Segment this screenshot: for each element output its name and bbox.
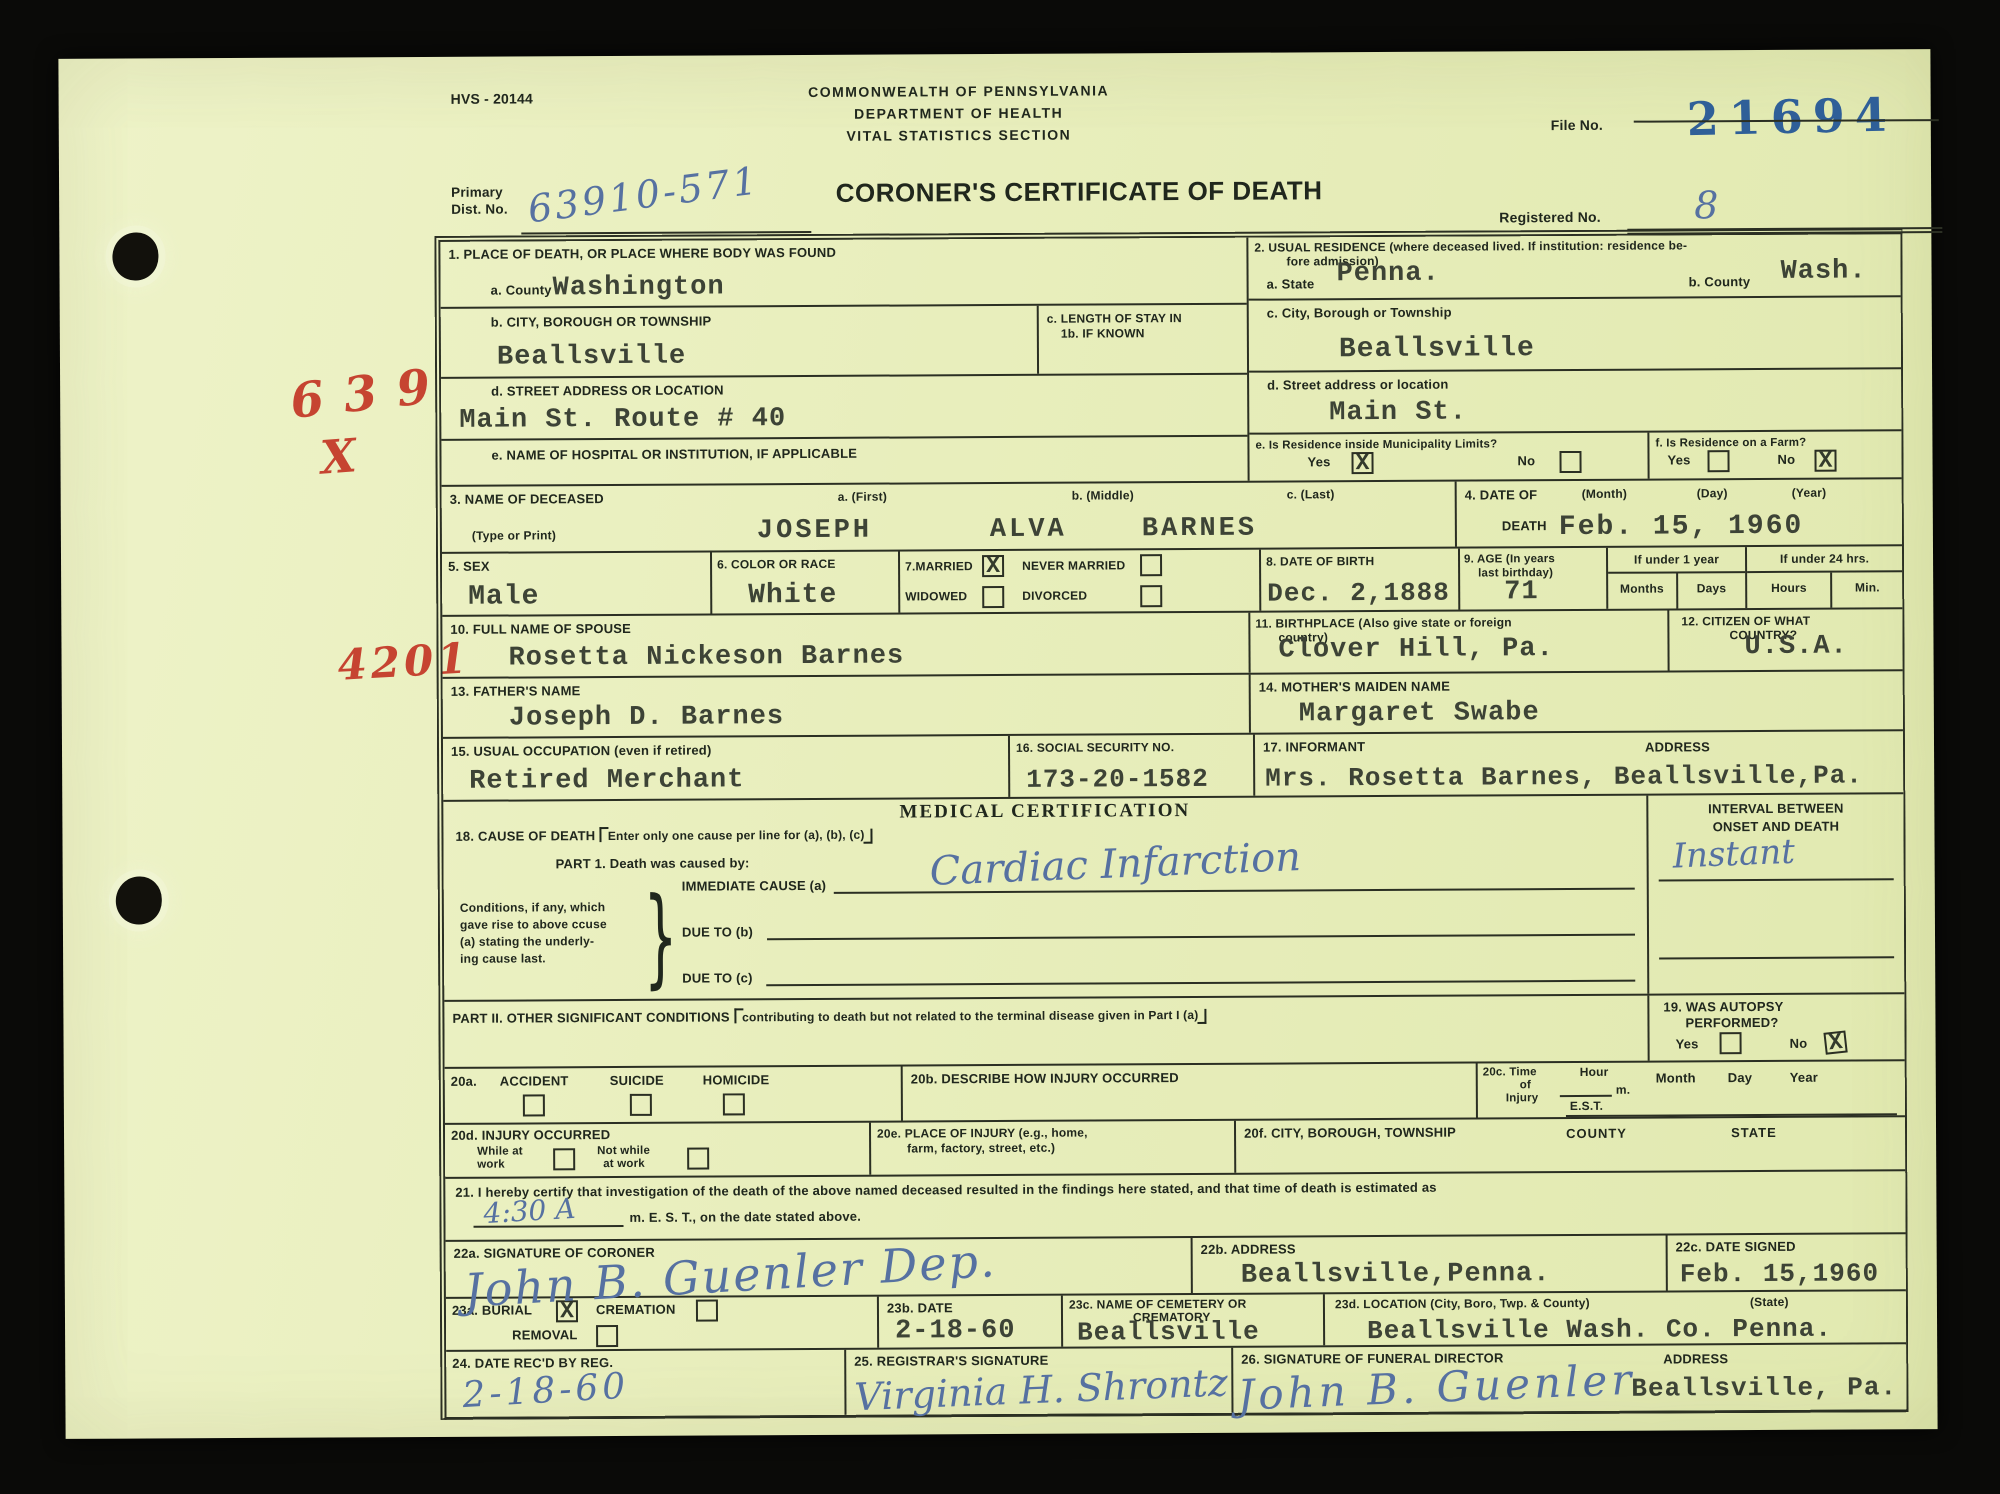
certificate-form: 1. PLACE OF DEATH, OR PLACE WHERE BODY W… xyxy=(434,228,1908,1420)
residence-city-label: c. City, Borough or Township xyxy=(1267,305,1452,322)
divorced-label: DIVORCED xyxy=(1022,589,1087,604)
sex-value: Male xyxy=(468,583,539,611)
immediate-cause-line: Cardiac Infarction xyxy=(834,872,1635,894)
birthplace-label-1: 11. BIRTHPLACE (Also give state or forei… xyxy=(1255,615,1512,631)
informant-address-label: ADDRESS xyxy=(1645,739,1710,756)
row-medical-certification: MEDICAL CERTIFICATION 18. CAUSE OF DEATH… xyxy=(443,794,1904,1002)
hours-col: Hours xyxy=(1747,573,1833,608)
cause-label: 18. CAUSE OF DEATH xyxy=(455,828,595,844)
first-name-value: JOSEPH xyxy=(757,518,872,546)
20d-label: 20d. INJURY OCCURRED xyxy=(451,1127,610,1144)
coroner-address-label: 22b. ADDRESS xyxy=(1201,1241,1296,1258)
injury-state-label: STATE xyxy=(1731,1125,1777,1141)
row-place-residence: 1. PLACE OF DEATH, OR PLACE WHERE BODY W… xyxy=(440,234,1901,487)
due-to-c-label: DUE TO (c) xyxy=(682,970,752,987)
row-coroner: 22a. SIGNATURE OF CORONER John B. Guenle… xyxy=(446,1234,1906,1299)
never-married-label: NEVER MARRIED xyxy=(1022,558,1125,574)
city-of-death: b. CITY, BOROUGH OR TOWNSHIP Beallsville xyxy=(441,306,1037,377)
field-how-injury-occurred: 20b. DESCRIBE HOW INJURY OCCURRED xyxy=(903,1063,1478,1120)
field-accident-suicide-homicide: 20a. ACCIDENT SUICIDE HOMICIDE xyxy=(445,1067,903,1123)
farm-no-label: No xyxy=(1777,452,1795,468)
age-label-1: 9. AGE (In years xyxy=(1464,552,1555,567)
field-part2: PART II. OTHER SIGNIFICANT CONDITIONS co… xyxy=(444,996,1649,1067)
dod-day-label: (Day) xyxy=(1697,486,1728,501)
under-1-year-cols: Months Days xyxy=(1608,573,1745,609)
city-value: Beallsville xyxy=(497,344,686,372)
field-mother: 14. MOTHER'S MAIDEN NAME Margaret Swabe xyxy=(1251,671,1903,732)
field-under-24-hrs: If under 24 hrs. Hours Min. xyxy=(1747,546,1902,608)
stay-label-1: c. LENGTH OF STAY IN xyxy=(1047,311,1182,327)
field-funeral-director: 26. SIGNATURE OF FUNERAL DIRECTOR ADDRES… xyxy=(1233,1344,1906,1413)
dod-title-1: 4. DATE OF xyxy=(1465,487,1538,504)
married-label: 7.MARRIED xyxy=(905,559,973,574)
20b-label: 20b. DESCRIBE HOW INJURY OCCURRED xyxy=(911,1070,1179,1088)
due-to-b-row: DUE TO (b) xyxy=(682,918,1635,941)
field-registrar-signature: 25. REGISTRAR'S SIGNATURE Virginia H. Sh… xyxy=(846,1348,1233,1415)
checkbox-not-while-at-work xyxy=(687,1148,709,1170)
place-of-death-title: 1. PLACE OF DEATH, OR PLACE WHERE BODY W… xyxy=(448,245,836,263)
min-label: Min. xyxy=(1855,580,1880,594)
interval-value: Instant xyxy=(1672,835,1796,874)
row-spouse-birthplace: 10. FULL NAME OF SPOUSE Rosetta Nickeson… xyxy=(442,609,1902,679)
residence-street-label: d. Street address or location xyxy=(1267,377,1448,394)
checkbox-while-at-work xyxy=(553,1148,575,1170)
county-label: a. County xyxy=(491,282,552,299)
cemetery-value: Beallsville xyxy=(1077,1319,1260,1346)
field-informant: 17. INFORMANT ADDRESS Mrs. Rosetta Barne… xyxy=(1255,731,1903,795)
citizen-value: U.S.A. xyxy=(1744,634,1847,662)
conditions-line-2: gave rise to above ccuse xyxy=(460,916,607,934)
dist-no-label: Dist. No. xyxy=(451,201,508,218)
field-citizen: 12. CITIZEN OF WHAT COUNTRY? U.S.A. xyxy=(1669,609,1902,670)
field-street-of-death: d. STREET ADDRESS OR LOCATION Main St. R… xyxy=(441,375,1247,441)
age-value: 71 xyxy=(1504,579,1539,606)
residence-city-value: Beallsville xyxy=(1339,335,1535,364)
checkbox-municipality-yes: X xyxy=(1351,452,1373,474)
field-injury-occurred: 20d. INJURY OCCURRED While at work Not w… xyxy=(445,1123,871,1177)
field-sex: 5. SEX Male xyxy=(442,552,712,614)
checkbox-divorced xyxy=(1140,585,1162,607)
cause-of-death-heading: 18. CAUSE OF DEATH Enter only one cause … xyxy=(455,826,872,847)
checkbox-suicide xyxy=(630,1094,652,1116)
form-code: HVS - 20144 xyxy=(451,90,533,108)
conditions-note: Conditions, if any, which gave rise to a… xyxy=(460,899,607,968)
field-disposition-date: 23b. DATE 2-18-60 xyxy=(879,1296,1063,1348)
field-place-of-injury: 20e. PLACE OF INJURY (e.g., home, farm, … xyxy=(871,1121,1236,1175)
time-of-death-value: 4:30 A xyxy=(483,1194,576,1227)
punch-hole-top xyxy=(112,232,158,280)
autopsy-label-1: 19. WAS AUTOPSY xyxy=(1663,999,1783,1016)
under-1-year-header: If under 1 year xyxy=(1608,547,1745,574)
day-label: Day xyxy=(1728,1070,1753,1086)
field-spouse: 10. FULL NAME OF SPOUSE Rosetta Nickeson… xyxy=(442,613,1250,677)
interval-line-2 xyxy=(1659,956,1894,959)
middle-name-label: b. (Middle) xyxy=(1072,488,1134,503)
farm-yes-label: Yes xyxy=(1667,452,1690,468)
checkbox-autopsy-no: X xyxy=(1823,1030,1847,1054)
medical-cert-title: MEDICAL CERTIFICATION xyxy=(443,798,1646,826)
municipality-limits: e. Is Residence inside Municipality Limi… xyxy=(1249,433,1649,481)
year-label: Year xyxy=(1790,1070,1818,1086)
months-label: Months xyxy=(1620,582,1664,596)
last-name-value: BARNES xyxy=(1142,516,1257,544)
registrar-sig-label: 25. REGISTRAR'S SIGNATURE xyxy=(854,1353,1048,1370)
field-age: 9. AGE (In years last birthday) 71 xyxy=(1460,548,1608,610)
mother-label: 14. MOTHER'S MAIDEN NAME xyxy=(1259,679,1450,696)
section-place-of-death: 1. PLACE OF DEATH, OR PLACE WHERE BODY W… xyxy=(440,238,1249,485)
funeral-director-address-label: ADDRESS xyxy=(1663,1351,1728,1368)
field-occupation: 15. USUAL OCCUPATION (even if retired) R… xyxy=(443,736,1010,800)
conditions-line-3: (a) stating the underly- xyxy=(460,933,607,951)
cause-note: Enter only one cause per line for (a), (… xyxy=(600,826,873,846)
stay-label-2: 1b. IF KNOWN xyxy=(1061,326,1145,341)
checkbox-farm-no: X xyxy=(1814,450,1836,472)
field-injury-city: 20f. CITY, BOROUGH, TOWNSHIP COUNTY STAT… xyxy=(1236,1117,1905,1173)
notwhile-label-2: at work xyxy=(603,1157,645,1172)
certificate-paper: 639 X 4201 HVS - 20144 COMMONWEALTH OF P… xyxy=(58,49,1937,1439)
autopsy-yes-label: Yes xyxy=(1676,1036,1699,1052)
file-no-label: File No. xyxy=(1551,117,1603,135)
removal-label: REMOVAL xyxy=(512,1327,578,1344)
field-date-of-birth: 8. DATE OF BIRTH Dec. 2,1888 xyxy=(1261,549,1460,611)
street-value: Main St. Route # 40 xyxy=(459,406,786,435)
dod-year-label: (Year) xyxy=(1792,486,1827,501)
primary-label: Primary xyxy=(451,185,508,202)
race-label: 6. COLOR OR RACE xyxy=(717,557,836,573)
field-cemetery-location: 23d. LOCATION (City, Boro, Twp. & County… xyxy=(1325,1291,1906,1345)
checkbox-removal xyxy=(596,1325,618,1347)
immediate-cause-label: IMMEDIATE CAUSE (a) xyxy=(682,878,826,895)
farm-label: f. Is Residence on a Farm? xyxy=(1655,436,1806,451)
disposition-date-value: 2-18-60 xyxy=(895,1318,1016,1346)
part2-note: contributing to death but not related to… xyxy=(734,1006,1206,1027)
20f-label: 20f. CITY, BOROUGH, TOWNSHIP xyxy=(1244,1125,1456,1142)
municipality-yes-label: Yes xyxy=(1307,454,1330,470)
date-signed-label: 22c. DATE SIGNED xyxy=(1676,1239,1796,1256)
primary-dist-no: Primary Dist. No. 63910-571 xyxy=(451,185,508,219)
row-sex-race-age: 5. SEX Male 6. COLOR OR RACE White 7.MAR… xyxy=(442,546,1902,617)
residence-county-label: b. County xyxy=(1689,274,1751,291)
field-certify: 21. I hereby certify that investigation … xyxy=(445,1171,1905,1240)
hour-label: Hour xyxy=(1580,1065,1609,1080)
funeral-director-address-value: Beallsville, Pa. xyxy=(1631,1374,1897,1401)
medical-cert-main: MEDICAL CERTIFICATION 18. CAUSE OF DEATH… xyxy=(443,796,1649,1000)
funeral-director-signature: John B. Guenler xyxy=(1237,1359,1636,1417)
days-col: Days xyxy=(1678,573,1746,608)
residence-county-value: Wash. xyxy=(1780,258,1866,285)
residence-farm: f. Is Residence on a Farm? Yes No X xyxy=(1649,431,1901,478)
checkbox-autopsy-yes xyxy=(1720,1032,1742,1054)
est-label: E.S.T. xyxy=(1570,1099,1603,1114)
field-hospital: e. NAME OF HOSPITAL OR INSTITUTION, IF A… xyxy=(441,437,1247,485)
field-autopsy: 19. WAS AUTOPSY PERFORMED? Yes No X xyxy=(1649,994,1904,1060)
dob-value: Dec. 2,1888 xyxy=(1267,580,1450,607)
hospital-label: e. NAME OF HOSPITAL OR INSTITUTION, IF A… xyxy=(491,446,857,464)
row-name-dod: 3. NAME OF DECEASED a. (First) b. (Middl… xyxy=(442,479,1902,554)
20a-num: 20a. xyxy=(451,1074,477,1090)
checkbox-never-married xyxy=(1140,554,1162,576)
20e-label-2: farm, factory, street, etc.) xyxy=(907,1141,1055,1157)
field-coroner-signature: 22a. SIGNATURE OF CORONER John B. Guenle… xyxy=(446,1238,1193,1297)
under-24-cols: Hours Min. xyxy=(1747,572,1902,608)
residence-title-1: 2. USUAL RESIDENCE (where deceased lived… xyxy=(1254,238,1687,255)
field-residence-street: d. Street address or location Main St. xyxy=(1249,369,1901,434)
row-occupation-informant: 15. USUAL OCCUPATION (even if retired) R… xyxy=(443,731,1903,802)
dod-title-2: DEATH xyxy=(1502,518,1547,534)
certify-text-1: 21. I hereby certify that investigation … xyxy=(455,1177,1895,1201)
field-marital-status: 7.MARRIED X NEVER MARRIED WIDOWED DIVORC… xyxy=(900,550,1261,613)
certify-line-2: 4:30 A m. E. S. T., on the date stated a… xyxy=(455,1204,1895,1228)
type-or-print-label: (Type or Print) xyxy=(472,528,556,543)
interval-column: INTERVAL BETWEEN ONSET AND DEATH Instant xyxy=(1648,794,1904,993)
row-registrar: 24. DATE REC'D BY REG. 2-18-60 25. REGIS… xyxy=(446,1344,1906,1417)
field-father: 13. FATHER'S NAME Joseph D. Barnes xyxy=(443,675,1251,737)
field-date-received: 24. DATE REC'D BY REG. 2-18-60 xyxy=(446,1350,846,1417)
checkbox-widowed xyxy=(982,586,1004,608)
widowed-label: WIDOWED xyxy=(905,589,967,604)
interval-label-1: INTERVAL BETWEEN xyxy=(1648,800,1903,818)
conditions-line-1: Conditions, if any, which xyxy=(460,899,607,917)
row-20def: 20d. INJURY OCCURRED While at work Not w… xyxy=(445,1117,1905,1179)
due-to-b-label: DUE TO (b) xyxy=(682,924,753,941)
disposition-date-label: 23b. DATE xyxy=(887,1300,953,1317)
race-value: White xyxy=(748,582,837,610)
location-label: 23d. LOCATION (City, Boro, Twp. & County… xyxy=(1335,1296,1590,1312)
registered-no: Registered No. 8 xyxy=(1499,209,1601,228)
occupation-value: Retired Merchant xyxy=(469,767,744,795)
while-label-2: work xyxy=(477,1158,505,1173)
municipality-no-label: No xyxy=(1517,453,1535,469)
suicide-label: SUICIDE xyxy=(610,1073,664,1090)
primary-dist-no-value: 63910-571 xyxy=(526,161,762,228)
spouse-value: Rosetta Nickeson Barnes xyxy=(508,643,904,672)
middle-name-value: ALVA xyxy=(990,517,1067,544)
field-residence-city: c. City, Borough or Township Beallsville xyxy=(1249,297,1901,372)
county-value: Washington xyxy=(553,274,725,302)
residence-street-value: Main St. xyxy=(1329,400,1467,428)
registered-no-label: Registered No. xyxy=(1499,209,1601,226)
ssn-value: 173-20-1582 xyxy=(1026,766,1209,793)
coroner-address-value: Beallsville,Penna. xyxy=(1241,1261,1551,1290)
autopsy-no-label: No xyxy=(1790,1036,1808,1052)
field-birthplace: 11. BIRTHPLACE (Also give state or forei… xyxy=(1250,610,1669,672)
row-parents: 13. FATHER'S NAME Joseph D. Barnes 14. M… xyxy=(443,671,1903,739)
mother-value: Margaret Swabe xyxy=(1299,700,1540,728)
due-to-b-line xyxy=(767,918,1635,941)
row-certify-statement: 21. I hereby certify that investigation … xyxy=(445,1171,1905,1242)
dod-month-label: (Month) xyxy=(1582,487,1627,502)
registrar-signature: Virginia H. Shrontz xyxy=(854,1363,1229,1416)
injury-county-label: COUNTY xyxy=(1566,1126,1627,1143)
section-usual-residence: 2. USUAL RESIDENCE (where deceased lived… xyxy=(1248,234,1901,480)
m-label: m. xyxy=(1616,1083,1630,1098)
ssn-label: 16. SOCIAL SECURITY NO. xyxy=(1016,740,1174,756)
field-color-race: 6. COLOR OR RACE White xyxy=(712,552,900,614)
row-20abc: 20a. ACCIDENT SUICIDE HOMICIDE 20b. DESC… xyxy=(445,1061,1905,1125)
field-date-signed: 22c. DATE SIGNED Feb. 15,1960 xyxy=(1668,1234,1906,1290)
spouse-label: 10. FULL NAME OF SPOUSE xyxy=(450,621,631,638)
agency-heading: COMMONWEALTH OF PENNSYLVANIA DEPARTMENT … xyxy=(539,78,1379,148)
under-1-year-label: If under 1 year xyxy=(1634,552,1719,566)
dod-value: Feb. 15, 1960 xyxy=(1559,513,1804,542)
checkbox-married: X xyxy=(982,555,1004,577)
field-city-of-death: b. CITY, BOROUGH OR TOWNSHIP Beallsville… xyxy=(441,305,1247,379)
punch-hole-bottom xyxy=(116,876,162,924)
interval-line-1 xyxy=(1659,878,1894,881)
time-of-death-line: 4:30 A xyxy=(473,1210,623,1227)
father-label: 13. FATHER'S NAME xyxy=(451,683,581,700)
length-of-stay: c. LENGTH OF STAY IN 1b. IF KNOWN xyxy=(1037,305,1247,374)
hours-label: Hours xyxy=(1771,581,1807,595)
file-no-stamp: 21694 xyxy=(1686,87,1897,146)
autopsy-label-2: PERFORMED? xyxy=(1685,1015,1778,1032)
homicide-label: HOMICIDE xyxy=(703,1072,770,1089)
field-cemetery: 23c. NAME OF CEMETERY OR CREMATORY Beall… xyxy=(1063,1294,1325,1346)
field-ssn: 16. SOCIAL SECURITY NO. 173-20-1582 xyxy=(1010,735,1255,797)
part2-heading: PART II. OTHER SIGNIFICANT CONDITIONS co… xyxy=(452,1006,1206,1029)
min-col: Min. xyxy=(1833,572,1903,607)
est-line xyxy=(1566,1113,1897,1117)
field-name-of-deceased: 3. NAME OF DECEASED a. (First) b. (Middl… xyxy=(442,482,1457,552)
under-24-header: If under 24 hrs. xyxy=(1747,546,1902,573)
field-under-1-year: If under 1 year Months Days xyxy=(1608,547,1747,609)
first-name-label: a. (First) xyxy=(838,490,887,505)
checkbox-farm-yes xyxy=(1707,450,1729,472)
field-county-of-death: 1. PLACE OF DEATH, OR PLACE WHERE BODY W… xyxy=(440,238,1246,309)
state-label: a. State xyxy=(1267,276,1315,293)
month-label: Month xyxy=(1656,1070,1696,1086)
last-name-label: c. (Last) xyxy=(1287,487,1335,502)
due-to-c-row: DUE TO (c) xyxy=(682,964,1635,987)
part2-label: PART II. OTHER SIGNIFICANT CONDITIONS xyxy=(452,1009,729,1025)
field-residence-state: 2. USUAL RESIDENCE (where deceased lived… xyxy=(1248,234,1900,300)
birthplace-value: Clover Hill, Pa. xyxy=(1278,636,1553,664)
checkbox-municipality-no xyxy=(1559,451,1581,473)
margin-annotation-639: 639 xyxy=(288,357,453,430)
municipality-label: e. Is Residence inside Municipality Limi… xyxy=(1255,437,1497,453)
part1-label: PART 1. Death was caused by: xyxy=(556,855,750,872)
date-received-value: 2-18-60 xyxy=(461,1369,630,1415)
20e-label-1: 20e. PLACE OF INJURY (e.g., home, xyxy=(877,1126,1088,1142)
field-municipality-farm: e. Is Residence inside Municipality Limi… xyxy=(1249,431,1901,480)
months-col: Months xyxy=(1608,573,1678,608)
org-line-3: VITAL STATISTICS SECTION xyxy=(539,122,1379,148)
informant-label: 17. INFORMANT xyxy=(1263,739,1365,756)
accident-label: ACCIDENT xyxy=(500,1073,569,1090)
registered-no-value: 8 xyxy=(1694,186,1718,224)
certify-text-2: m. E. S. T., on the date stated above. xyxy=(629,1209,861,1226)
state-value: Penna. xyxy=(1336,261,1439,289)
father-value: Joseph D. Barnes xyxy=(509,704,784,732)
street-label: d. STREET ADDRESS OR LOCATION xyxy=(491,382,724,399)
20c-label-3: Injury xyxy=(1506,1091,1539,1106)
field-date-of-death: 4. DATE OF DEATH (Month) (Day) (Year) Fe… xyxy=(1457,479,1902,546)
occupation-label: 15. USUAL OCCUPATION (even if retired) xyxy=(451,743,712,761)
checkbox-accident xyxy=(523,1094,545,1116)
location-state-label: (State) xyxy=(1750,1295,1789,1310)
conditions-line-4: ing cause last. xyxy=(460,950,607,968)
location-value: Beallsville Wash. Co. Penna. xyxy=(1367,1316,1832,1344)
field-time-of-injury: 20c. Time of Injury Hour m. E.S.T. Month… xyxy=(1478,1061,1905,1117)
sex-label: 5. SEX xyxy=(448,559,490,575)
informant-value: Mrs. Rosetta Barnes, Beallsville,Pa. xyxy=(1265,762,1863,791)
name-title: 3. NAME OF DECEASED xyxy=(450,491,604,508)
immediate-cause-row: IMMEDIATE CAUSE (a) Cardiac Infarction xyxy=(682,872,1635,895)
due-to-c-line xyxy=(767,964,1636,987)
row-part2-autopsy: PART II. OTHER SIGNIFICANT CONDITIONS co… xyxy=(444,994,1904,1069)
dob-label: 8. DATE OF BIRTH xyxy=(1266,554,1374,570)
field-coroner-address: 22b. ADDRESS Beallsville,Penna. xyxy=(1193,1236,1668,1293)
under-24-label: If under 24 hrs. xyxy=(1780,551,1869,565)
immediate-cause-value: Cardiac Infarction xyxy=(929,837,1302,892)
city-label: b. CITY, BOROUGH OR TOWNSHIP xyxy=(491,313,712,330)
days-label: Days xyxy=(1697,581,1727,595)
margin-annotation-x: X xyxy=(319,428,359,485)
hour-line xyxy=(1560,1095,1612,1097)
checkbox-homicide xyxy=(723,1093,745,1115)
certificate-title: CORONER'S CERTIFICATE OF DEATH xyxy=(699,174,1459,210)
date-signed-value: Feb. 15,1960 xyxy=(1680,1260,1879,1287)
